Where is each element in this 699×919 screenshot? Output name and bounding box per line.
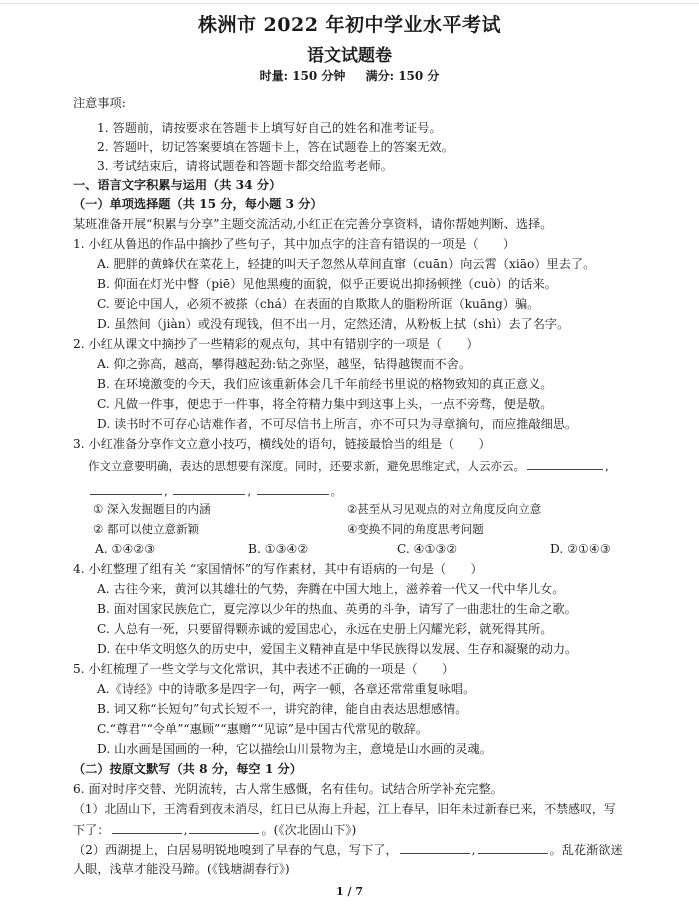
page-number: 1 / 7 [0,885,699,898]
option-d: D. 山水画是国画的一种，它以描绘山川景物为主，意境是山水画的灵魂。 [97,741,492,757]
answer-blank [112,821,182,834]
option-b: B. 词又称“长短句”句式长短不一，讲究韵律，能自由表达思想感情。 [97,701,467,717]
sentence-item: ②甚至从习见观点的对立角度反向立意 [347,501,541,517]
option-d: D. 虽然间（jiàn）或没有现钱，但不出一月，定然还清，从粉板上拭（shì）去… [97,316,569,332]
question-stem: 2. 小红从课文中摘抄了一些精彩的观点句，其中有错别字的一项是（ ） [73,336,479,352]
question-stem: 6. 面对时序交替、光阴流转，古人常生感慨，名有佳句。试结合所学补充完整。 [73,781,503,797]
section-heading: 一、语言文字积累与运用（共 34 分） [73,177,281,193]
question-stem: 1. 小红从鲁迅的作品中摘抄了些句子，其中加点字的注音有错误的一项是（ ） [73,236,515,252]
exam-time: 时量: 150 分钟 [260,69,346,83]
notice-item: 1. 答题前，请按要求在答题卡上填写好自己的姓名和准考证号。 [97,120,442,136]
section-intro: 某班准备开展“积累与分享”主题交流活动,小红正在完善分享资料，请你帮她判断、选择… [73,216,552,232]
option-c: C. 人总有一死，只要留得颗赤诚的爱国忠心，永远在史册上闪耀光彩，就死得其所。 [97,621,552,637]
question-passage: 作文立意要明确，表达的思想要有深度。同时，还要求新，避免思维定式，人云亦云。, [88,457,609,474]
sentence-item: ④变换不同的角度思考问题 [347,521,484,537]
notice-item: 2. 答题叶，切记答案要填在答题卡上，答在试题卷上的答案无效。 [97,139,454,155]
answer-blank [527,457,603,470]
option-d: D. ②①④③ [550,541,611,557]
option-b: B. 仰面在灯光中瞥（piē）见他黑瘦的面貌，似乎正要说出抑扬顿挫（cuò）的话… [97,276,557,292]
option-d: D. 读书时不可存心诘难作者，不可尽信书上所言，亦不可只为寻章摘句，而应推敲细思… [97,416,577,432]
notice-heading: 注意事项: [73,95,126,111]
option-a: A. 古往今来，黄河以其雄壮的气势，奔腾在中国大地上，滋养着一代又一代中华儿女。 [97,581,565,597]
option-c: C.“尊君”“令单”“惠顾”“惠赠”“见谅”是中国古代常见的敬辞。 [97,721,428,737]
subitem-text: （2）西湖提上，白居易明锐地嗅到了早春的气息，写下了， [73,843,398,857]
passage-text: 作文立意要明确，表达的思想要有深度。同时，还要求新，避免思维定式，人云亦云。 [88,459,525,473]
option-c: C. ④①③② [397,541,457,557]
question-stem: 4. 小红整理了组有关 “家国情怀”的写作素材，其中有语病的一句是（ ） [73,561,483,577]
part-heading: （二）按原文默写（共 8 分，每空 1 分） [73,761,302,777]
option-a: A. 仰之弥高，越高，攀得越起劲:钻之弥坚，越坚，钻得越锲而不舍。 [97,356,471,372]
option-b: B. 面对国家民族危亡，夏完淳以少年的热血、英勇的斗争，请写了一曲悲壮的生命之歌… [97,601,577,617]
exam-meta: 时量: 150 分钟 满分: 150 分 [0,67,699,84]
subitem-prefix: 下了： [73,823,110,837]
sentence-item: ② 都可以使立意新颖 [93,521,199,537]
answer-blank [257,482,329,495]
question-stem: 3. 小红准备分享作文立意小技巧，横线处的语句，链接最恰当的组是（ ） [73,436,491,452]
answer-blank [478,841,548,854]
exam-score: 满分: 150 分 [366,69,440,83]
option-a: A. 肥胖的黄蜂伏在菜花上，轻捷的叫天子忽然从草间直窜（cuān）向云霄（xiā… [97,256,595,272]
option-b: B. 在环境激变的今天，我们应该重新体会几千年前经书里说的格物致知的真正意义。 [97,376,552,392]
option-c: C. 要论中国人，必须不被搽（chá）在表面的自欺欺人的脂粉所诓（kuāng）骗… [97,296,539,312]
answer-blank [173,482,245,495]
notice-item: 3. 考试结束后，请将试题卷和答题卡都交给监考老师。 [97,158,393,174]
answer-blank [189,821,259,834]
subitem-text: 。乱花渐欲迷 [550,843,623,857]
option-b: B. ①③④② [248,541,308,557]
page-top-border [0,3,699,4]
option-a: A.《诗经》中的诗歌多是四字一句，两字一顿，各章还常常重复咏唱。 [97,681,475,697]
answer-blank [400,841,470,854]
question-subitem-cont: 下了：,。(《次北固山下》) [73,821,356,838]
option-a: A. ①④②③ [95,541,155,557]
question-subitem: （1）北固山下，王湾看到夜未消尽，红日已从海上升起，江上春早，旧年未过新春已来，… [73,801,616,817]
exam-subtitle: 语文试题卷 [0,41,699,66]
poem-source: 。(《次北固山下》) [261,823,356,837]
question-stem: 5. 小红梳理了一些文学与文化常识，其中表述不正确的一项是（ ） [73,661,454,677]
exam-title: 株洲市 2022 年初中学业水平考试 [0,10,699,37]
part-heading: （一）单项选择题（共 15 分，每小题 3 分） [73,196,323,212]
blanks-row: , , 。 [88,482,342,499]
option-d: D. 在中华文明悠久的历史中，爱国主义精神直是中华民族得以发展、生存和凝聚的动力… [97,641,577,657]
option-c: C. 凡做一件事，便忠于一件事，将全符精力集中到这事上头，一点不旁骛，便是敬。 [97,396,552,412]
sentence-item: ① 深入发掘题目的内涵 [93,501,210,517]
answer-blank [90,482,162,495]
question-subitem: （2）西湖提上，白居易明锐地嗅到了早春的气息，写下了，,。乱花渐欲迷 [73,841,623,858]
question-subitem-cont: 人眼，浅草才能没马蹄。(《钱塘湖春行》) [73,861,290,877]
